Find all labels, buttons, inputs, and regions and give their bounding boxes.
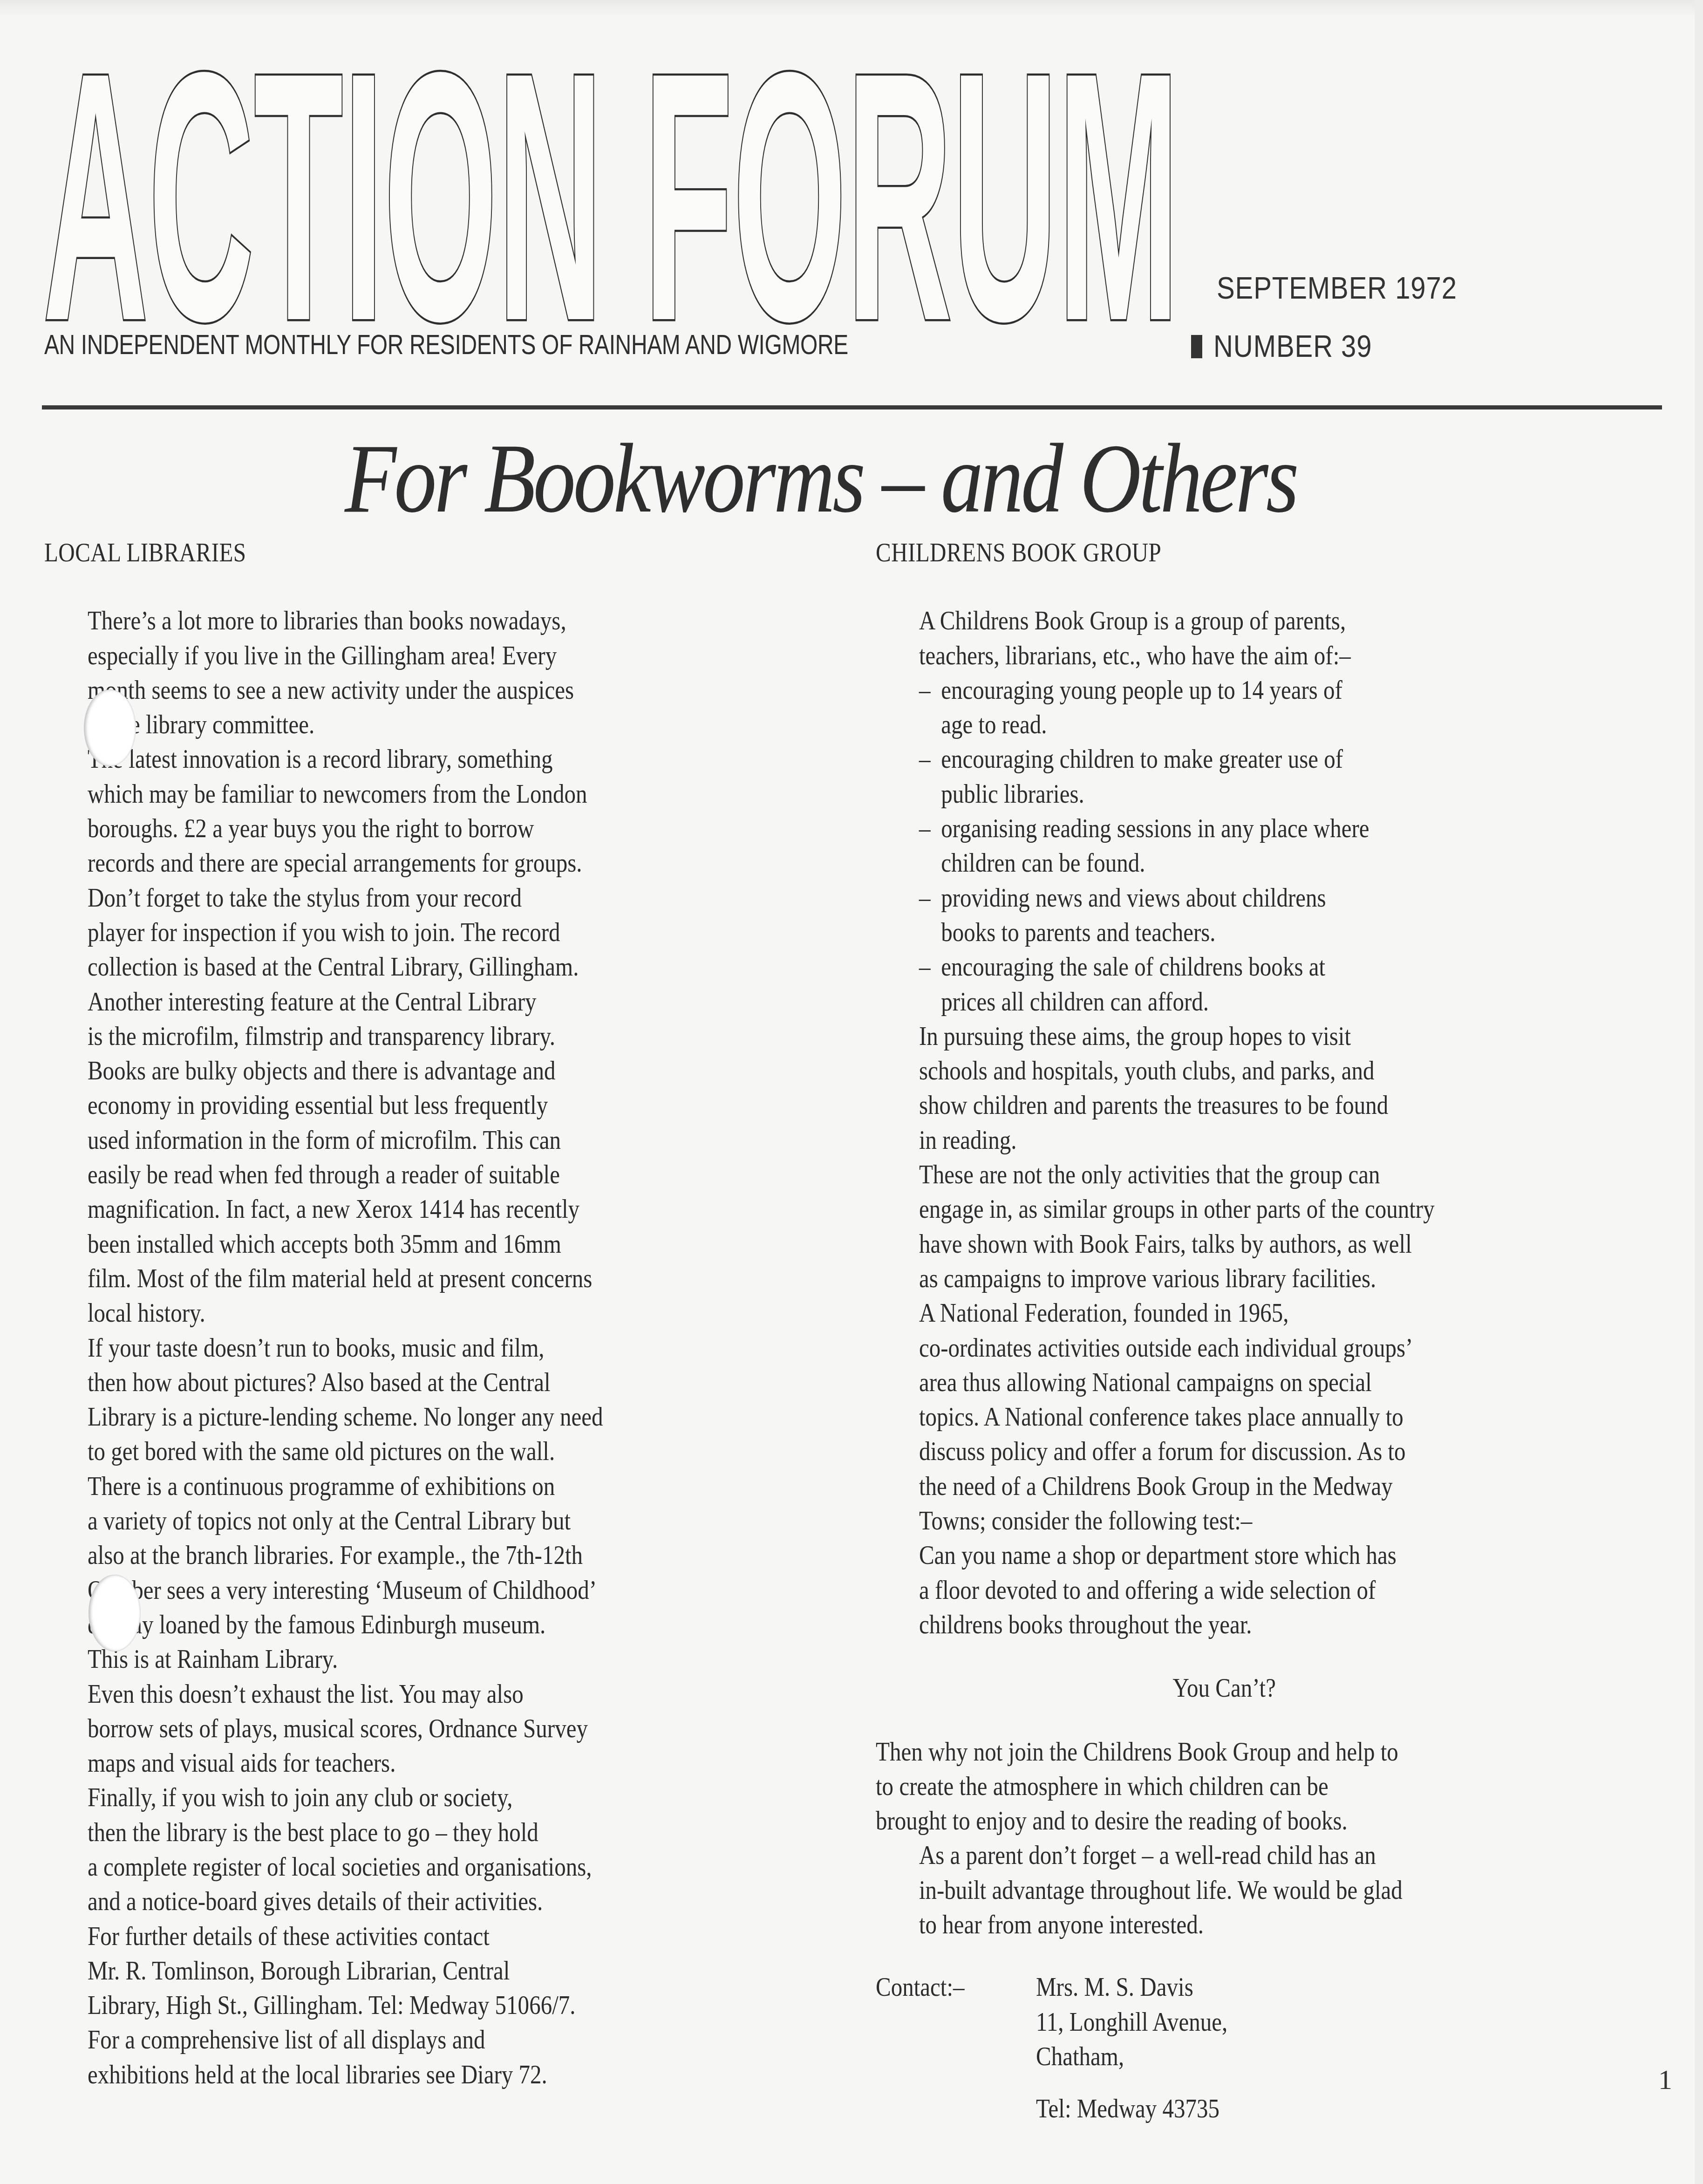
text-line: A National Federation, founded in 1965, bbox=[876, 1296, 1681, 1331]
text-line: in-built advantage throughout life. We w… bbox=[876, 1873, 1681, 1908]
text-line: local history. bbox=[44, 1296, 850, 1331]
aim-item: –encouraging the sale of childrens books… bbox=[876, 950, 1681, 1019]
text-line: Another interesting feature at the Centr… bbox=[44, 985, 850, 1019]
text-line: As a parent don’t forget – a well-read c… bbox=[876, 1838, 1681, 1873]
text-line: easily be read when fed through a reader… bbox=[44, 1158, 850, 1192]
paragraph: In pursuing these aims, the group hopes … bbox=[876, 1019, 1681, 1158]
text-line: encouraging the sale of childrens books … bbox=[941, 950, 1681, 984]
text-line: exhibitions held at the local libraries … bbox=[44, 2058, 850, 2092]
text-line: show children and parents the treasures … bbox=[876, 1088, 1681, 1123]
issue-number: NUMBER 39 bbox=[1213, 328, 1372, 364]
text-line: been installed which accepts both 35mm a… bbox=[44, 1227, 850, 1262]
dash-bullet-icon: – bbox=[919, 812, 931, 846]
text-line: Then why not join the Childrens Book Gro… bbox=[876, 1735, 1681, 1769]
text-line: which may be familiar to newcomers from … bbox=[44, 777, 850, 812]
text-line: a floor devoted to and offering a wide s… bbox=[876, 1573, 1681, 1608]
text-line: collection is based at the Central Libra… bbox=[44, 950, 850, 984]
text-line: There is a continuous programme of exhib… bbox=[44, 1469, 850, 1504]
paragraph: For a comprehensive list of all displays… bbox=[44, 2023, 850, 2092]
final-paragraph: As a parent don’t forget – a well-read c… bbox=[876, 1838, 1681, 1942]
text-line: For further details of these activities … bbox=[44, 1919, 850, 1954]
aims-list: –encouraging young people up to 14 years… bbox=[876, 673, 1681, 1019]
text-line: the need of a Childrens Book Group in th… bbox=[876, 1469, 1681, 1504]
closing-paragraph: Then why not join the Childrens Book Gro… bbox=[876, 1735, 1681, 1839]
issue-date: SEPTEMBER 1972 bbox=[1217, 270, 1457, 306]
text-line: film. Most of the film material held at … bbox=[44, 1262, 850, 1296]
text-line: and a notice-board gives details of thei… bbox=[44, 1884, 850, 1919]
right-paragraphs: In pursuing these aims, the group hopes … bbox=[876, 1019, 1681, 1642]
text-line: discuss policy and offer a forum for dis… bbox=[876, 1434, 1681, 1469]
text-line: as campaigns to improve various library … bbox=[876, 1262, 1681, 1296]
paragraph: Can you name a shop or department store … bbox=[876, 1538, 1681, 1642]
paragraph: Finally, if you wish to join any club or… bbox=[44, 1781, 850, 1919]
text-line: Can you name a shop or department store … bbox=[876, 1538, 1681, 1573]
tagline: AN INDEPENDENT MONTHLY FOR RESIDENTS OF … bbox=[44, 328, 848, 361]
text-line: of the library committee. bbox=[44, 708, 850, 742]
text-line: Don’t forget to take the stylus from you… bbox=[44, 881, 850, 915]
text-line: brought to enjoy and to desire the readi… bbox=[876, 1804, 1681, 1838]
text-line: topics. A National conference takes plac… bbox=[876, 1400, 1681, 1434]
paragraph: If your taste doesn’t run to books, musi… bbox=[44, 1331, 850, 1469]
text-line: prices all children can afford. bbox=[941, 985, 1681, 1019]
text-line: area thus allowing National campaigns on… bbox=[876, 1365, 1681, 1400]
text-line: encouraging young people up to 14 years … bbox=[941, 673, 1681, 708]
dash-bullet-icon: – bbox=[919, 673, 931, 708]
text-line: Towns; consider the following test:– bbox=[876, 1504, 1681, 1538]
text-line: economy in providing essential but less … bbox=[44, 1088, 850, 1123]
left-paragraphs: There’s a lot more to libraries than boo… bbox=[44, 604, 850, 2092]
text-line: engage in, as similar groups in other pa… bbox=[876, 1192, 1681, 1227]
text-line: providing news and views about childrens bbox=[941, 881, 1681, 915]
text-line: This is at Rainham Library. bbox=[44, 1642, 850, 1677]
text-line: records and there are special arrangemen… bbox=[44, 846, 850, 880]
text-line: to hear from anyone interested. bbox=[876, 1908, 1681, 1942]
text-line: Even this doesn’t exhaust the list. You … bbox=[44, 1677, 850, 1712]
text-line: to create the atmosphere in which childr… bbox=[876, 1769, 1681, 1804]
text-line: maps and visual aids for teachers. bbox=[44, 1746, 850, 1781]
text-line: in reading. bbox=[876, 1123, 1681, 1158]
square-bullet-icon bbox=[1191, 335, 1202, 358]
text-line: used information in the form of microfil… bbox=[44, 1123, 850, 1158]
text-line: have shown with Book Fairs, talks by aut… bbox=[876, 1227, 1681, 1262]
text-line: also at the branch libraries. For exampl… bbox=[44, 1538, 850, 1573]
aim-item: –providing news and views about children… bbox=[876, 881, 1681, 950]
section-heading: CHILDRENS BOOK GROUP bbox=[876, 536, 1681, 570]
contact-address-line-1: 11, Longhill Avenue, bbox=[1036, 2005, 1681, 2040]
paragraph: There is a continuous programme of exhib… bbox=[44, 1469, 850, 1677]
text-line: borrow sets of plays, musical scores, Or… bbox=[44, 1712, 850, 1746]
text-line: The latest innovation is a record librar… bbox=[44, 742, 850, 777]
paper-right-edge bbox=[1695, 0, 1703, 2184]
dash-bullet-icon: – bbox=[919, 950, 931, 984]
text-line: A Childrens Book Group is a group of par… bbox=[876, 604, 1681, 638]
aim-item: –organising reading sessions in any plac… bbox=[876, 812, 1681, 881]
aim-item: –encouraging children to make greater us… bbox=[876, 742, 1681, 812]
text-line: age to read. bbox=[941, 708, 1681, 742]
text-line: books to parents and teachers. bbox=[941, 915, 1681, 950]
paragraph: A National Federation, founded in 1965,c… bbox=[876, 1296, 1681, 1538]
text-line: Library, High St., Gillingham. Tel: Medw… bbox=[44, 1988, 850, 2023]
text-line: encouraging children to make greater use… bbox=[941, 742, 1681, 777]
paragraph: Even this doesn’t exhaust the list. You … bbox=[44, 1677, 850, 1781]
aim-item: –encouraging young people up to 14 years… bbox=[876, 673, 1681, 743]
right-column-childrens-book-group: CHILDRENS BOOK GROUP A Childrens Book Gr… bbox=[876, 536, 1686, 2126]
dash-bullet-icon: – bbox=[919, 742, 931, 777]
contact-address-line-2: Chatham, bbox=[1036, 2040, 1681, 2074]
punch-hole-top bbox=[84, 689, 136, 766]
text-line: Books are bulky objects and there is adv… bbox=[44, 1054, 850, 1088]
paragraph: For further details of these activities … bbox=[44, 1919, 850, 2023]
dash-bullet-icon: – bbox=[919, 881, 931, 915]
text-line: In pursuing these aims, the group hopes … bbox=[876, 1019, 1681, 1054]
left-column-local-libraries: LOCAL LIBRARIES There’s a lot more to li… bbox=[44, 536, 845, 2092]
text-line: If your taste doesn’t run to books, musi… bbox=[44, 1331, 850, 1365]
paragraph: There’s a lot more to libraries than boo… bbox=[44, 604, 850, 742]
paper-top-edge bbox=[0, 0, 1703, 17]
text-line: display loaned by the famous Edinburgh m… bbox=[44, 1608, 850, 1642]
text-line: is the microfilm, filmstrip and transpar… bbox=[44, 1019, 850, 1054]
text-line: co-ordinates activities outside each ind… bbox=[876, 1331, 1681, 1365]
text-line: childrens books throughout the year. bbox=[876, 1608, 1681, 1642]
masthead-divider bbox=[42, 405, 1662, 409]
contact-block: Contact:– Mrs. M. S. Davis 11, Longhill … bbox=[876, 1970, 1681, 2126]
intro-paragraph: A Childrens Book Group is a group of par… bbox=[876, 604, 1681, 673]
text-line: organising reading sessions in any place… bbox=[941, 812, 1681, 846]
text-line: Finally, if you wish to join any club or… bbox=[44, 1781, 850, 1815]
text-line: a complete register of local societies a… bbox=[44, 1850, 850, 1884]
punch-hole-bottom bbox=[89, 1575, 141, 1652]
article-title: For Bookworms – and Others bbox=[345, 422, 1297, 535]
text-line: magnification. In fact, a new Xerox 1414… bbox=[44, 1192, 850, 1227]
text-line: children can be found. bbox=[941, 846, 1681, 880]
text-line: then how about pictures? Also based at t… bbox=[44, 1365, 850, 1400]
contact-phone: Tel: Medway 43735 bbox=[1036, 2092, 1681, 2126]
text-line: public libraries. bbox=[941, 777, 1681, 812]
page-number: 1 bbox=[1658, 2064, 1672, 2096]
text-line: These are not the only activities that t… bbox=[876, 1158, 1681, 1192]
masthead-logo: ACTION FORUM bbox=[43, 58, 1184, 328]
contact-label: Contact:– bbox=[876, 1970, 965, 2005]
callout-you-cant: You Can’t? bbox=[876, 1671, 1573, 1706]
text-line: Mr. R. Tomlinson, Borough Librarian, Cen… bbox=[44, 1954, 850, 1988]
text-line: teachers, librarians, etc., who have the… bbox=[876, 639, 1681, 673]
masthead-title: ACTION FORUM bbox=[43, 58, 1179, 328]
contact-name: Mrs. M. S. Davis bbox=[1036, 1970, 1681, 2005]
text-line: especially if you live in the Gillingham… bbox=[44, 639, 850, 673]
text-line: October sees a very interesting ‘Museum … bbox=[44, 1573, 850, 1608]
masthead-subtitle-row: AN INDEPENDENT MONTHLY FOR RESIDENTS OF … bbox=[44, 328, 1675, 366]
text-line: For a comprehensive list of all displays… bbox=[44, 2023, 850, 2057]
section-heading: LOCAL LIBRARIES bbox=[44, 536, 850, 570]
text-line: a variety of topics not only at the Cent… bbox=[44, 1504, 850, 1538]
text-line: There’s a lot more to libraries than boo… bbox=[44, 604, 850, 638]
paragraph: Another interesting feature at the Centr… bbox=[44, 985, 850, 1331]
text-line: month seems to see a new activity under … bbox=[44, 673, 850, 708]
text-line: Library is a picture-lending scheme. No … bbox=[44, 1400, 850, 1434]
text-line: schools and hospitals, youth clubs, and … bbox=[876, 1054, 1681, 1088]
paragraph: These are not the only activities that t… bbox=[876, 1158, 1681, 1296]
text-line: then the library is the best place to go… bbox=[44, 1815, 850, 1850]
text-line: player for inspection if you wish to joi… bbox=[44, 915, 850, 950]
text-line: to get bored with the same old pictures … bbox=[44, 1434, 850, 1469]
text-line: boroughs. £2 a year buys you the right t… bbox=[44, 812, 850, 846]
paragraph: The latest innovation is a record librar… bbox=[44, 742, 850, 984]
